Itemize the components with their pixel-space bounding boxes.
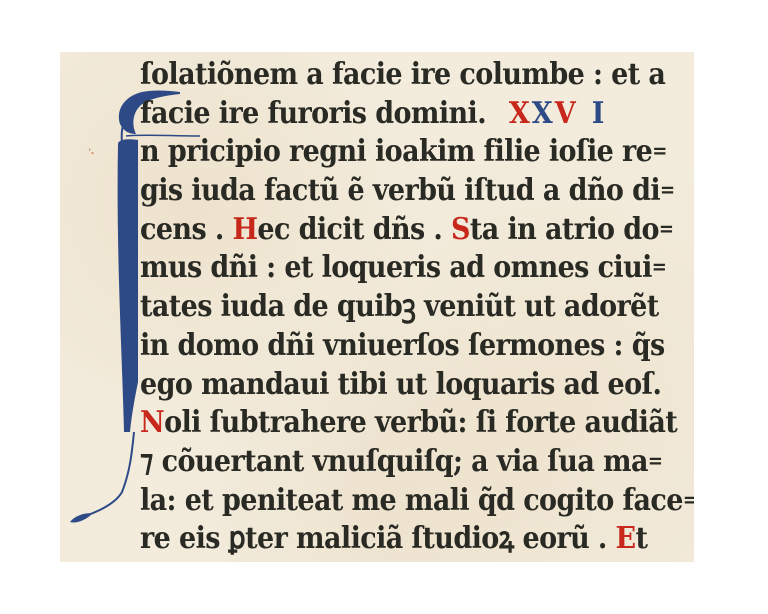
text-line: la: et peniteat me mali q̃d cogito face=	[140, 479, 660, 522]
line-hyphen: =	[652, 140, 666, 164]
rubricated-letter: N	[140, 405, 164, 440]
margin-mark-red: ˟	[90, 152, 95, 163]
text-line: ⁊ cõuertant vnuſquiſq; a via ſua ma=	[140, 441, 660, 484]
text-line: facie ire furoris domini. XXVI	[140, 92, 660, 135]
text-line: gis iuda factũ ẽ verbũ iſtud a dño di=	[140, 170, 660, 213]
line-hyphen: =	[683, 488, 694, 512]
line-hyphen: =	[648, 450, 662, 474]
manuscript-page: ʼ ˟ ſolatiõnem a facie ire columbe : et …	[60, 52, 694, 562]
line-hyphen: =	[660, 179, 674, 203]
text-line: ego mandaui tibi ut loquaris ad eoſ.	[140, 363, 660, 406]
rubricated-letter: S	[451, 212, 470, 247]
rubricated-letter: E	[616, 521, 636, 556]
text-line: re eis ꝑter maliciã ſtudioꝝ eorũ . Et	[140, 518, 660, 561]
text-line: tates iuda de quibꝫ veniũt ut adorẽt	[140, 286, 660, 329]
text-line: cens . Hec dicit dñs . Sta in atrio do=	[140, 208, 660, 251]
text-column: ſolatiõnem a facie ire columbe : et a fa…	[140, 56, 660, 559]
line-hyphen: =	[659, 218, 673, 242]
chapter-numeral: XXVI	[509, 96, 607, 131]
text-line: n pricipio regni ioakim filie ioſie re=	[140, 131, 660, 174]
text-line: Noli ſubtrahere verbũ: ſi forte audiãt	[140, 402, 660, 445]
rubricated-letter: H	[232, 212, 257, 247]
text-line: in domo dñi vniuerſos ſermones : q̃s	[140, 324, 660, 367]
line-hyphen: =	[652, 256, 666, 280]
text-line: ſolatiõnem a facie ire columbe : et a	[140, 54, 660, 97]
text-line: mus dñi : et loqueris ad omnes ciui=	[140, 247, 660, 290]
